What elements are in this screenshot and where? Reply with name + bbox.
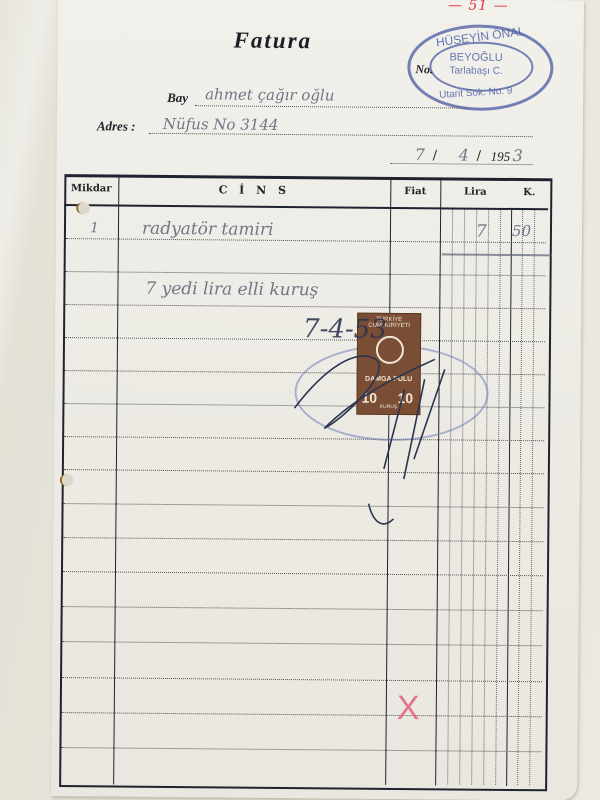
seal-street: Tarlabaşı C. bbox=[449, 65, 502, 76]
header-fiat: Fiat bbox=[390, 177, 440, 207]
date-year-printed: 195 bbox=[491, 149, 511, 165]
header-lira: Lira bbox=[440, 177, 510, 208]
invoice-paper: — 51 — Fatura HÜSEYİN ÖNAL BEYOĞLU Tarla… bbox=[51, 0, 584, 800]
invoice-title: Fatura bbox=[234, 28, 313, 55]
bay-label: Bay bbox=[167, 90, 188, 106]
item-quantity: 1 bbox=[90, 220, 99, 236]
date-year-handwritten: 3 bbox=[513, 146, 523, 165]
adres-line bbox=[149, 133, 533, 137]
table-header: Mikdar C İ N S Fiat Lira K. bbox=[64, 174, 548, 210]
date-day: 7 bbox=[415, 145, 425, 164]
header-cins: C İ N S bbox=[118, 175, 390, 207]
amount-in-words: 7 yedi lira elli kuruş bbox=[145, 279, 318, 301]
date-sep-1: / bbox=[433, 148, 438, 163]
adres-value: Nüfus No 3144 bbox=[163, 115, 279, 134]
item-kurus: 50 bbox=[512, 222, 531, 240]
date-month: 4 bbox=[459, 146, 469, 165]
signature-scribble bbox=[283, 328, 505, 550]
header-kurus: K. bbox=[510, 178, 548, 208]
punch-hole bbox=[76, 202, 90, 214]
date-sep-2: / bbox=[477, 149, 482, 164]
invoice-number-label: No. bbox=[415, 62, 433, 77]
item-lira: 7 bbox=[476, 222, 487, 242]
red-x-mark: X bbox=[397, 689, 420, 728]
header-mikdar: Mikdar bbox=[64, 174, 118, 204]
bay-line bbox=[195, 105, 467, 108]
archive-number-mark: — 51 — bbox=[448, 0, 509, 14]
bay-value: ahmet çağır oğlu bbox=[205, 85, 334, 104]
punch-hole bbox=[60, 474, 74, 486]
adres-label: Adres : bbox=[97, 118, 136, 134]
item-description: radyatör tamiri bbox=[142, 219, 274, 240]
seal-district: BEYOĞLU bbox=[449, 51, 502, 63]
